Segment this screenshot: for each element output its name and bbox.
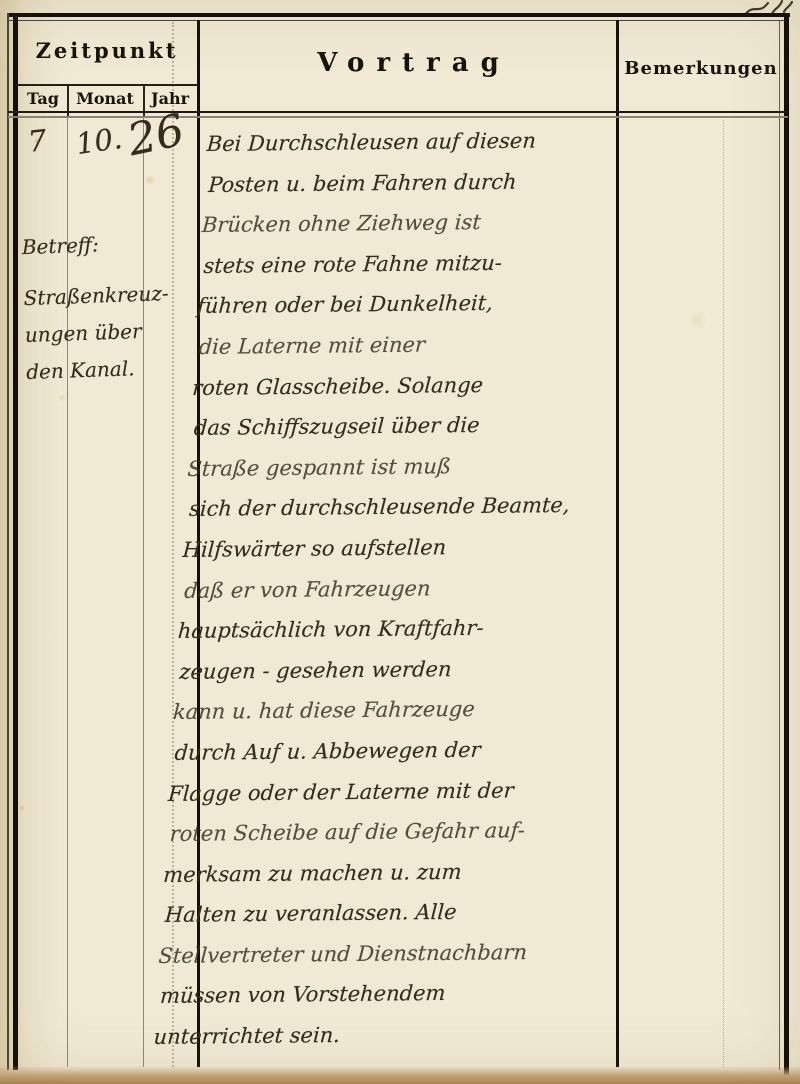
handwritten-line: müssen von Vorstehendem — [159, 972, 562, 1017]
entry-day-value: 7 — [26, 123, 48, 159]
column-header-zeitpunkt: Zeitpunkt — [17, 38, 197, 63]
margin-note-lines: Straßenkreuz-ungen überden Kanal. — [23, 274, 203, 391]
table-border-left-thick — [13, 13, 18, 1070]
handwritten-line: das Schiffszugseil über die — [193, 404, 596, 449]
handwritten-line: kann u. hat diese Fahrzeuge — [172, 688, 579, 733]
rule-zeitpunkt-underline — [17, 84, 197, 86]
page-bottom-edge-shadow — [0, 1066, 800, 1084]
column-header-bemerkungen: Bemerkungen — [618, 58, 784, 79]
handwritten-line: unterrichtet sein. — [152, 1013, 559, 1058]
table-border-top-thin — [8, 20, 788, 21]
column-header-vortrag: Vortrag — [200, 48, 616, 78]
handwritten-line: zeugen - gesehen werden — [178, 647, 581, 692]
handwritten-line: stets eine rote Fahne mitzu- — [202, 242, 605, 287]
handwritten-line: durch Auf u. Abbewegen der — [173, 729, 576, 774]
table-border-left-thin — [7, 13, 9, 1070]
entry-margin-note: Betreff: Straßenkreuz-ungen überden Kana… — [21, 223, 203, 391]
handwritten-line: Posten u. beim Fahren durch — [207, 160, 610, 205]
handwritten-line: hauptsächlich von Kraftfahr- — [177, 607, 584, 652]
handwritten-line: den Kanal. — [26, 348, 203, 391]
handwritten-line: daß er von Fahrzeugen — [183, 566, 586, 611]
handwritten-line: Bei Durchschleusen auf diesen — [206, 120, 613, 165]
table-border-right-thick — [784, 13, 789, 1075]
entry-month-value: 10. — [74, 121, 124, 161]
handwritten-line: die Laterne mit einer — [198, 323, 601, 368]
handwritten-line: Stellvertreter und Dienstnachbarn — [157, 932, 564, 977]
column-header-monat: Monat — [67, 89, 143, 108]
handwritten-line: Straße gespannt ist muß — [186, 445, 593, 490]
handwritten-line: sich der durchschleusende Beamte, — [188, 485, 591, 530]
table-border-top-thick — [8, 13, 790, 17]
entry-year-value: 26 — [123, 105, 188, 167]
handwritten-line: ungen über — [24, 311, 201, 354]
handwritten-line: Flagge oder der Laterne mit der — [167, 769, 574, 814]
rule-header-bottom-dark — [8, 111, 788, 113]
divider-bemerkungen-dotted-rule — [723, 120, 724, 1067]
scanned-ledger-page: Zeitpunkt Tag Monat Jahr Vortrag Bemerku… — [0, 0, 800, 1084]
table-border-right-thin — [779, 20, 780, 1070]
divider-vortrag-bemerkungen — [616, 20, 619, 1067]
entry-vortrag-text: Bei Durchschleusen auf diesenPosten u. b… — [152, 120, 612, 1058]
margin-note-heading: Betreff: — [21, 223, 198, 266]
handwritten-line: roten Scheibe auf die Gefahr auf- — [169, 810, 572, 855]
handwritten-line: roten Glasscheibe. Solange — [191, 363, 598, 408]
column-header-tag: Tag — [19, 89, 67, 108]
handwritten-line: Halten zu veranlassen. Alle — [164, 891, 567, 936]
handwritten-line: Brücken ohne Ziehweg ist — [201, 201, 608, 246]
handwritten-line: Hilfswärter so aufstellen — [181, 526, 588, 571]
handwritten-line: führen oder bei Dunkelheit, — [196, 282, 603, 327]
handwritten-line: merksam zu machen u. zum — [162, 850, 569, 895]
column-header-jahr: Jahr — [143, 89, 197, 108]
handwritten-line: Straßenkreuz- — [23, 274, 200, 317]
